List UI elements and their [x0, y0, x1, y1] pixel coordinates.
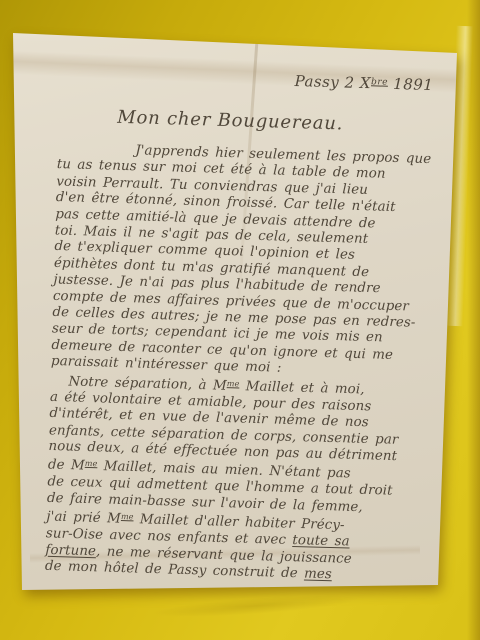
handwriting-segment: j'ai prié M — [46, 510, 121, 527]
date-line: Passy 2 Xbre 1891 — [25, 64, 437, 94]
handwriting-segment: me — [85, 459, 98, 468]
handwriting-segment: de M — [48, 458, 85, 474]
handwriting-segment: 1891 — [388, 75, 434, 94]
letter-body: J'apprends hier seulement les propos que… — [11, 140, 436, 586]
handwriting-segment: fortune — [45, 542, 96, 558]
letter-content: Passy 2 Xbre 1891 Mon cher Bouguereau. J… — [11, 58, 438, 586]
handwriting-segment: Notre séparation, à M — [68, 374, 227, 393]
handwriting-segment: me — [227, 379, 240, 388]
handwriting-segment: toute sa — [292, 533, 350, 550]
handwriting-segment: mes — [304, 566, 332, 582]
handwriting-segment: Passy 2 X — [294, 72, 371, 92]
handwriting-segment: bre — [371, 77, 388, 87]
handwriting-segment: Maillet et à moi, — [239, 379, 365, 397]
handwriting-segment: me — [121, 512, 134, 521]
photo-stage: Passy 2 Xbre 1891 Mon cher Bouguereau. J… — [0, 0, 480, 640]
salutation: Mon cher Bouguereau. — [24, 104, 436, 137]
